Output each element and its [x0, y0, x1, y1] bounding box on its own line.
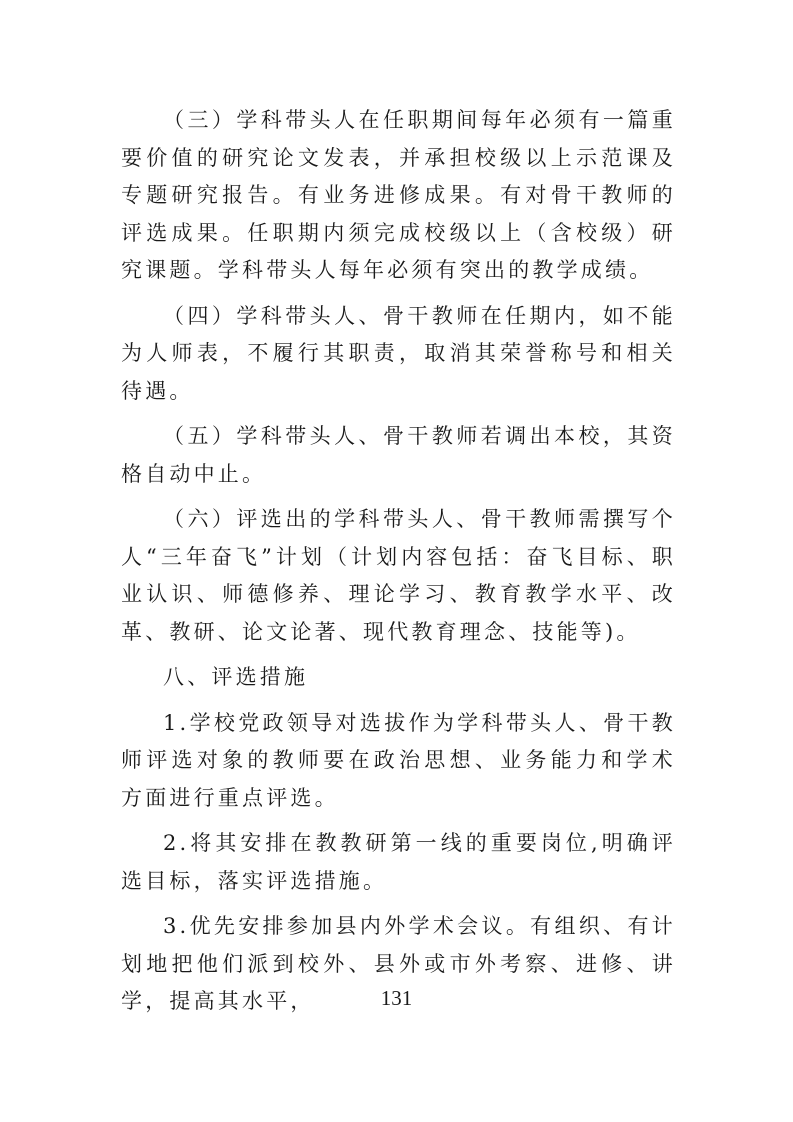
section-heading: 八、评选措施 — [121, 659, 676, 697]
paragraph-item-6: （六）评选出的学科带头人、骨干教师需撰写个人“三年奋飞”计划（计划内容包括：奋飞… — [121, 501, 676, 651]
page-number: 131 — [0, 986, 793, 1011]
paragraph-item-5: （五）学科带头人、骨干教师若调出本校，其资格自动中止。 — [121, 418, 676, 493]
paragraph-item-4: （四）学科带头人、骨干教师在任期内，如不能为人师表，不履行其职责，取消其荣誉称号… — [121, 298, 676, 411]
paragraph-measure-1: 1.学校党政领导对选拔作为学科带头人、骨干教师评选对象的教师要在政治思想、业务能… — [121, 705, 676, 818]
paragraph-item-3: （三）学科带头人在任职期间每年必须有一篇重要价值的研究论文发表，并承担校级以上示… — [121, 102, 676, 290]
document-page: （三）学科带头人在任职期间每年必须有一篇重要价值的研究论文发表，并承担校级以上示… — [121, 102, 676, 1029]
paragraph-measure-2: 2.将其安排在教教研第一线的重要岗位,明确评选目标，落实评选措施。 — [121, 825, 676, 900]
